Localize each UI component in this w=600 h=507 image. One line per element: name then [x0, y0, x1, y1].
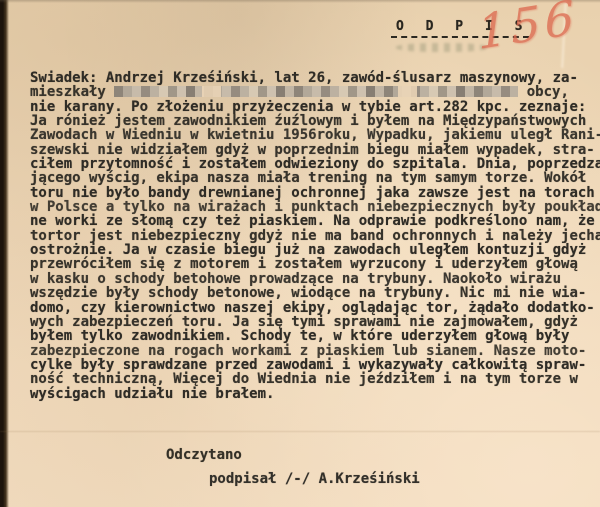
- signature-line: podpisał /-/ A.Krześiński: [209, 471, 420, 487]
- typewritten-line-redacted: mieszkały obcy,: [30, 85, 600, 99]
- typewritten-line: Swiadek: Andrzej Krześiński, lat 26, zaw…: [30, 71, 600, 85]
- typewritten-line: Zawodach w Wiedniu w kwietniu 1956roku, …: [30, 128, 600, 142]
- typewritten-line: toru nie było bandy drewnianej ochronnej…: [30, 186, 600, 200]
- typewritten-line: ność techniczną, Więcej do Wiednia nie j…: [30, 372, 600, 386]
- typewritten-line: przewróciłem się z motorem i zostałem wy…: [30, 257, 600, 271]
- typewritten-line: w Polsce a tylko na wirażach i punktach …: [30, 200, 600, 214]
- scanned-document-page: O D P I S 156 Swiadek: Andrzej Krześińsk…: [0, 0, 600, 507]
- typewritten-line: nie karany. Po złożeniu przyżeczenia w t…: [30, 100, 600, 114]
- typewritten-line: ne worki ze słomą czy też piaskiem. Na o…: [30, 214, 600, 228]
- redacted-line-suffix: obcy,: [518, 84, 569, 100]
- typewritten-line: domo, czy kierownictwo naszej ekipy, ogl…: [30, 301, 600, 315]
- redaction-block: [114, 86, 518, 97]
- typewritten-line: w kasku o schody betohowe prowadzące na …: [30, 272, 600, 286]
- typewritten-body: Swiadek: Andrzej Krześiński, lat 26, zaw…: [30, 71, 600, 401]
- typewritten-line: wszędzie były schody betonowe, wiodące n…: [30, 286, 600, 300]
- paper-crease-horizontal: [0, 431, 600, 432]
- ink-bleed-through: [396, 43, 488, 52]
- typewritten-line: tortor jest niebezpieczny gdyż nie ma ba…: [30, 229, 600, 243]
- typewritten-line: zabezpieczone na rogach workami z piaski…: [30, 344, 600, 358]
- typewritten-line: szewski nie widziałem gdyż w poprzednim …: [30, 143, 600, 157]
- typewritten-line: wyścigach udziału nie brałem.: [30, 387, 600, 401]
- redacted-line-prefix: mieszkały: [30, 84, 114, 100]
- typewritten-line: byłem tylko zawodnikiem. Schody te, w kt…: [30, 329, 600, 343]
- closing-line: Odczytano: [166, 447, 242, 463]
- typewritten-line: jącego wyścig, ekipa nasza miała trening…: [30, 171, 600, 185]
